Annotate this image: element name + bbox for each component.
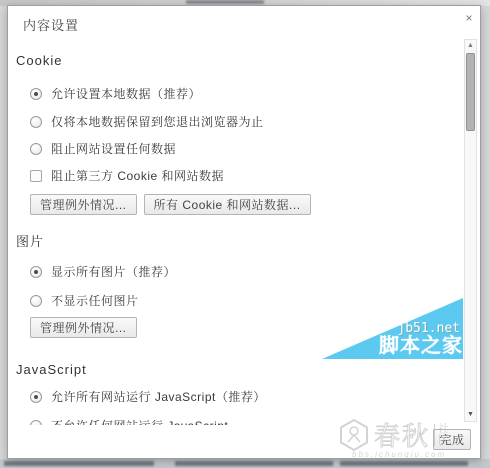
radio-checked-icon[interactable] [30, 391, 42, 403]
section-header-javascript: JavaScript [16, 362, 458, 377]
close-icon[interactable]: × [462, 11, 476, 25]
option-label: 仅将本地数据保留到您退出浏览器为止 [51, 113, 264, 130]
scroll-down-arrow-icon[interactable]: ▼ [465, 409, 476, 421]
section-header-cookie: Cookie [16, 53, 458, 68]
background-blur-content [340, 461, 468, 466]
cookie-all-cookies-data-button[interactable]: 所有 Cookie 和网站数据... [144, 194, 311, 215]
section-header-images: 图片 [16, 231, 458, 250]
option-label: 允许设置本地数据（推荐） [51, 85, 201, 102]
cookie-option-block-third-party[interactable]: 阻止第三方 Cookie 和网站数据 [30, 167, 458, 184]
cookie-option-allow-local-data[interactable]: 允许设置本地数据（推荐） [30, 85, 458, 102]
scrollbar[interactable]: ▲ ▼ [464, 39, 477, 422]
radio-unchecked-icon[interactable] [30, 420, 42, 426]
scroll-up-arrow-icon[interactable]: ▲ [465, 40, 476, 52]
radio-unchecked-icon[interactable] [30, 143, 42, 155]
background-blur-content [175, 461, 333, 466]
images-option-show-all[interactable]: 显示所有图片（推荐） [30, 263, 458, 280]
option-label: 不显示任何图片 [51, 292, 139, 309]
background-page-bottom-strip [0, 459, 490, 468]
checkbox-unchecked-icon[interactable] [30, 170, 42, 182]
background-blur-content [186, 0, 264, 4]
images-option-show-none[interactable]: 不显示任何图片 [30, 292, 458, 309]
background-blur-content [4, 461, 154, 466]
cookie-option-block-all[interactable]: 阻止网站设置任何数据 [30, 140, 458, 157]
dialog-title: 内容设置 [23, 15, 79, 34]
radio-unchecked-icon[interactable] [30, 116, 42, 128]
option-label: 不允许任何网站运行 JavaScript [51, 417, 228, 425]
radio-unchecked-icon[interactable] [30, 295, 42, 307]
radio-checked-icon[interactable] [30, 266, 42, 278]
settings-scroll-area: Cookie 允许设置本地数据（推荐） 仅将本地数据保留到您退出浏览器为止 阻止… [8, 36, 458, 425]
cookie-manage-exceptions-button[interactable]: 管理例外情况... [30, 194, 137, 215]
content-settings-dialog: 内容设置 × Cookie 允许设置本地数据（推荐） 仅将本地数据保留到您退出浏… [7, 5, 481, 459]
done-button[interactable]: 完成 [433, 429, 471, 450]
option-label: 允许所有网站运行 JavaScript（推荐） [51, 388, 266, 405]
scrollbar-thumb[interactable] [466, 53, 475, 131]
ichunqiu-url-text: bbs.ichunqiu.com [352, 450, 483, 459]
cookie-option-keep-until-quit[interactable]: 仅将本地数据保留到您退出浏览器为止 [30, 113, 458, 130]
option-label: 阻止第三方 Cookie 和网站数据 [51, 167, 224, 184]
javascript-option-block-all[interactable]: 不允许任何网站运行 JavaScript [30, 417, 458, 425]
images-manage-exceptions-button[interactable]: 管理例外情况... [30, 317, 137, 338]
radio-checked-icon[interactable] [30, 88, 42, 100]
javascript-option-allow-all[interactable]: 允许所有网站运行 JavaScript（推荐） [30, 388, 458, 405]
option-label: 阻止网站设置任何数据 [51, 140, 176, 157]
option-label: 显示所有图片（推荐） [51, 263, 176, 280]
